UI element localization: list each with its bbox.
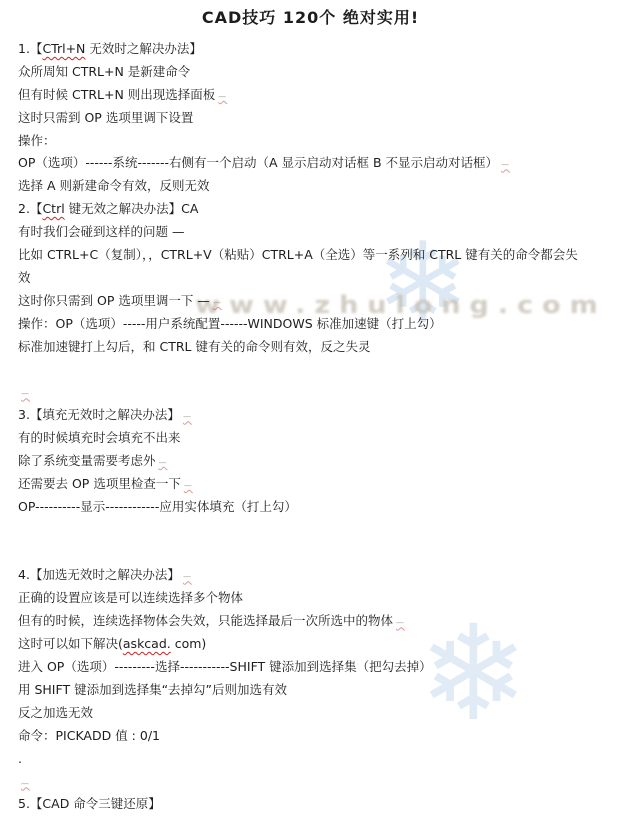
text-line: 这时你只需到 OP 选项里调一下 —— [18, 290, 609, 313]
formatting-mark: — [396, 618, 405, 627]
line-text: 有时我们会碰到这样的问题 — [18, 224, 184, 239]
line-text: 但有的时候，连续选择物体会失效，只能选择最后一次所选中的物体 [18, 613, 393, 628]
text-line [18, 542, 609, 565]
line-text: 操作：OP（选项）-----用户系统配置------WINDOWS 标准加速键（… [18, 316, 442, 331]
formatting-mark: — [501, 160, 510, 169]
line-text: 反之加选无效 [18, 705, 93, 720]
formatting-mark: — [213, 298, 222, 307]
line-text: 效 [18, 270, 31, 285]
text-line: 操作： [18, 130, 609, 153]
line-text: 1.【 [18, 41, 42, 56]
text-line: 还需要去 OP 选项里检查一下— [18, 473, 609, 496]
line-text: 操作： [18, 133, 56, 148]
line-text: 比如 CTRL+C（复制），，CTRL+V（粘贴）CTRL+A（全选）等一系列和… [18, 247, 578, 262]
line-text: OP（选项）------系统-------右侧有一个启动（A 显示启动对话框 B… [18, 155, 498, 170]
formatting-mark: — [21, 779, 30, 788]
text-line: . [18, 748, 609, 771]
misspelled-text: Ctrl [42, 201, 64, 216]
line-text: 2.【 [18, 201, 42, 216]
text-line: 标准加速键打上勾后，和 CTRL 键有关的命令则有效，反之失灵 [18, 336, 609, 359]
text-line: 众所周知 CTRL+N 是新建命令 [18, 61, 609, 84]
text-line: 有的时候填充时会填充不出来 [18, 427, 609, 450]
line-text: 正确的设置应该是可以连续选择多个物体 [18, 590, 243, 605]
text-line: 效 [18, 267, 609, 290]
text-line: 但有的时候，连续选择物体会失效，只能选择最后一次所选中的物体— [18, 610, 609, 633]
text-line: 5.【CAD 命令三键还原】 [18, 793, 609, 816]
text-line: OP（选项）------系统-------右侧有一个启动（A 显示启动对话框 B… [18, 152, 609, 175]
line-text: 这时可以如下解决( [18, 636, 123, 651]
line-text: 进入 OP（选项）---------选择-----------SHIFT 键添加… [18, 659, 432, 674]
text-line: 用 SHIFT 键添加到选择集“去掉勾”后则加选有效 [18, 679, 609, 702]
line-text: 众所周知 CTRL+N 是新建命令 [18, 64, 190, 79]
text-line: 4.【加选无效时之解决办法】— [18, 564, 609, 587]
page-title: CAD技巧 120个 绝对实用! [0, 5, 621, 28]
text-line: 但有时候 CTRL+N 则出现选择面板— [18, 84, 609, 107]
document-page: ❄ ❄ www.zhulong.com CAD技巧 120个 绝对实用! 1.【… [0, 0, 621, 828]
misspelled-text: askcad. [123, 636, 171, 651]
text-line: 比如 CTRL+C（复制），，CTRL+V（粘贴）CTRL+A（全选）等一系列和… [18, 244, 609, 267]
text-line: 正确的设置应该是可以连续选择多个物体 [18, 587, 609, 610]
formatting-mark: — [218, 92, 227, 101]
text-line: 进入 OP（选项）---------选择-----------SHIFT 键添加… [18, 656, 609, 679]
line-text: . [18, 751, 22, 766]
text-line: 除了系统变量需要考虑外— [18, 450, 609, 473]
line-text: 5.【CAD 命令三键还原】 [18, 796, 161, 811]
line-text: com) [171, 636, 207, 651]
document-body: 1.【CTrl+N 无效时之解决办法】众所周知 CTRL+N 是新建命令但有时候… [18, 38, 609, 816]
text-line [18, 358, 609, 381]
line-text: 标准加速键打上勾后，和 CTRL 键有关的命令则有效，反之失灵 [18, 339, 370, 354]
line-text: 键无效之解决办法】CA [65, 201, 199, 216]
line-text: 还需要去 OP 选项里检查一下 [18, 476, 181, 491]
text-line: 命令：PICKADD 值 : 0/1 [18, 725, 609, 748]
formatting-mark: — [184, 481, 193, 490]
line-text: 3.【填充无效时之解决办法】 [18, 407, 180, 422]
text-line: 这时只需到 OP 选项里调下设置 [18, 107, 609, 130]
formatting-mark: — [21, 389, 30, 398]
line-text: 有的时候填充时会填充不出来 [18, 430, 181, 445]
formatting-mark: — [183, 572, 192, 581]
text-line: — [18, 381, 609, 404]
line-text: 4.【加选无效时之解决办法】 [18, 567, 180, 582]
text-line: 操作：OP（选项）-----用户系统配置------WINDOWS 标准加速键（… [18, 313, 609, 336]
text-line: — [18, 771, 609, 794]
text-line: 反之加选无效 [18, 702, 609, 725]
text-line: 这时可以如下解决(askcad. com) [18, 633, 609, 656]
line-text: 这时只需到 OP 选项里调下设置 [18, 110, 193, 125]
text-line: 3.【填充无效时之解决办法】— [18, 404, 609, 427]
line-text: 但有时候 CTRL+N 则出现选择面板 [18, 87, 215, 102]
text-line: 2.【Ctrl 键无效之解决办法】CA [18, 198, 609, 221]
line-text: OP----------显示------------应用实体填充（打上勾） [18, 499, 297, 514]
text-line [18, 519, 609, 542]
line-text: 这时你只需到 OP 选项里调一下 — [18, 293, 210, 308]
line-text: 命令：PICKADD 值 : 0/1 [18, 728, 160, 743]
line-text: 除了系统变量需要考虑外 [18, 453, 156, 468]
formatting-mark: — [183, 412, 192, 421]
misspelled-text: CTrl+N [42, 41, 85, 56]
line-text: 用 SHIFT 键添加到选择集“去掉勾”后则加选有效 [18, 682, 287, 697]
text-line: 1.【CTrl+N 无效时之解决办法】 [18, 38, 609, 61]
line-text: 选择 A 则新建命令有效，反则无效 [18, 178, 210, 193]
line-text: 无效时之解决办法】 [85, 41, 201, 56]
text-line: OP----------显示------------应用实体填充（打上勾） [18, 496, 609, 519]
text-line: 有时我们会碰到这样的问题 — [18, 221, 609, 244]
formatting-mark: — [159, 458, 168, 467]
text-line: 选择 A 则新建命令有效，反则无效 [18, 175, 609, 198]
